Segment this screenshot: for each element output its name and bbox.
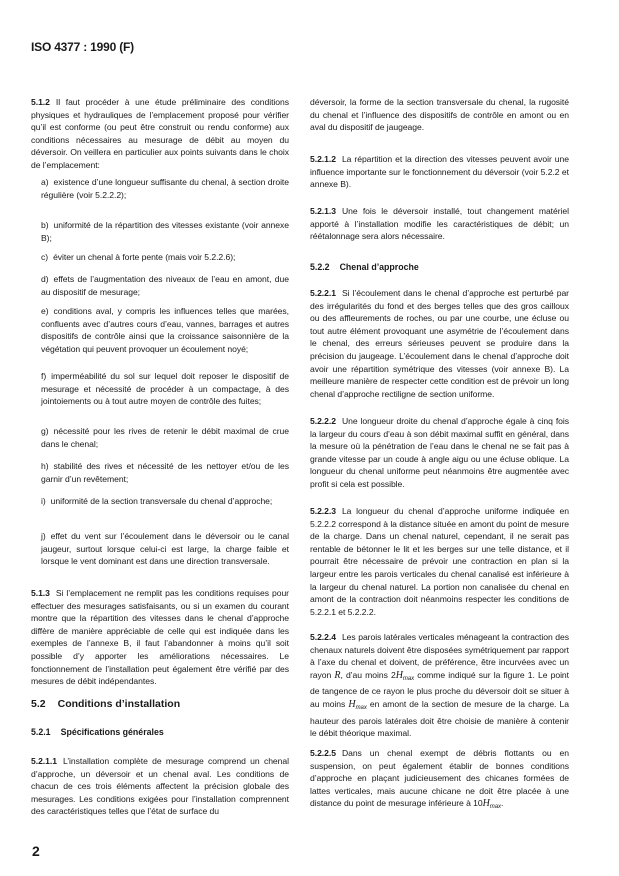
- paragraph-text: Si l’emplacement ne remplit pas les cond…: [31, 588, 289, 686]
- section-number: 5.2.2.2: [310, 416, 336, 426]
- section-number: 5.1.3: [31, 588, 50, 598]
- section-5-2-2-1: 5.2.2.1Si l’écoulement dans le chenal d’…: [310, 287, 569, 400]
- paragraph-text: , d’au moins 2: [340, 670, 395, 680]
- list-label: g): [41, 426, 49, 436]
- list-text: conditions aval, y compris les influence…: [41, 306, 289, 354]
- list-item-e: e)conditions aval, y compris les influen…: [31, 305, 289, 355]
- list-text: uniformité de la répartition des vitesse…: [41, 220, 289, 243]
- list-item-g: g)nécessité pour les rives de retenir le…: [31, 425, 289, 450]
- list-item-i: i)uniformité de la section transversale …: [31, 495, 289, 508]
- section-number: 5.2.1.2: [310, 154, 336, 164]
- list-item-j: j)effet du vent sur l’écoulement dans le…: [31, 530, 289, 568]
- section-5-2-1-2: 5.2.1.2La répartition et la direction de…: [310, 153, 569, 191]
- variable-h: H: [348, 699, 355, 710]
- subscript-max: max: [403, 676, 414, 682]
- section-5-2-1-3: 5.2.1.3Une fois le déversoir installé, t…: [310, 205, 569, 243]
- list-text: éviter un chenal à forte pente (mais voi…: [53, 252, 235, 262]
- list-text: nécessité pour les rives de retenir le d…: [41, 426, 289, 449]
- list-item-b: b)uniformité de la répartition des vites…: [31, 219, 289, 244]
- page-header: ISO 4377 : 1990 (F): [31, 40, 134, 54]
- section-number: 5.2.2.1: [310, 288, 336, 298]
- variable-h: H: [396, 670, 403, 681]
- paragraph-text: Si l’écoulement dans le chenal d’approch…: [310, 288, 569, 399]
- section-5-1-3: 5.1.3Si l’emplacement ne remplit pas les…: [31, 587, 289, 688]
- list-label: b): [41, 220, 49, 230]
- paragraph-text: .: [501, 798, 503, 808]
- list-text: effet du vent sur l’écoulement dans le d…: [41, 531, 289, 566]
- section-number: 5.2.1.1: [31, 756, 57, 766]
- section-number: 5.1.2: [31, 97, 50, 107]
- section-5-2-2-3: 5.2.2.3La longueur du chenal d’approche …: [310, 505, 569, 618]
- list-label: c): [41, 252, 48, 262]
- list-item-c: c)éviter un chenal à forte pente (mais v…: [31, 251, 289, 264]
- variable-h: H: [483, 798, 490, 809]
- section-number: 5.2.1: [31, 727, 51, 737]
- section-number: 5.2: [31, 698, 46, 710]
- list-text: stabilité des rives et nécessité de les …: [41, 461, 289, 484]
- section-number: 5.2.2.5: [310, 748, 336, 758]
- paragraph-text: Une fois le déversoir installé, tout cha…: [310, 206, 569, 241]
- list-label: h): [41, 461, 49, 471]
- section-5-2-2-5: 5.2.2.5Dans un chenal exempt de débris f…: [310, 747, 569, 814]
- section-5-2-2-4: 5.2.2.4Les parois latérales verticales m…: [310, 631, 569, 740]
- list-label: j): [41, 531, 46, 541]
- heading-5-2-1: 5.2.1Spécifications générales: [31, 727, 164, 737]
- section-number: 5.2.2.3: [310, 506, 336, 516]
- list-item-h: h)stabilité des rives et nécessité de le…: [31, 460, 289, 485]
- section-5-2-2-2: 5.2.2.2Une longueur droite du chenal d’a…: [310, 415, 569, 491]
- subscript-max: max: [356, 705, 367, 711]
- section-title: Chenal d’approche: [340, 262, 419, 272]
- list-text: imperméabilité du sol sur lequel doit re…: [41, 371, 289, 406]
- section-5-1-2: 5.1.2Il faut procéder à une étude prélim…: [31, 96, 289, 172]
- paragraph-text: Une longueur droite du chenal d’approche…: [310, 416, 569, 489]
- section-number: 5.2.2: [310, 262, 330, 272]
- section-5-2-1-1: 5.2.1.1L’installation complète de mesura…: [31, 755, 289, 818]
- list-text: uniformité de la section transversale du…: [51, 496, 273, 506]
- list-label: a): [41, 177, 49, 187]
- list-item-a: a)existence d’une longueur suffisante du…: [31, 176, 289, 201]
- list-label: d): [41, 274, 49, 284]
- list-item-d: d)effets de l’augmentation des niveaux d…: [31, 273, 289, 298]
- section-number: 5.2.1.3: [310, 206, 336, 216]
- list-label: e): [41, 306, 49, 316]
- paragraph-text: La répartition et la direction des vites…: [310, 154, 569, 189]
- list-text: existence d’une longueur suffisante du c…: [41, 177, 289, 200]
- paragraph-text: La longueur du chenal d’approche uniform…: [310, 506, 569, 617]
- section-number: 5.2.2.4: [310, 632, 336, 642]
- section-title: Conditions d’installation: [58, 698, 181, 710]
- list-text: effets de l’augmentation des niveaux de …: [41, 274, 289, 297]
- continuation-paragraph: déversoir, la forme de la section transv…: [310, 96, 569, 134]
- list-label: i): [41, 496, 46, 506]
- section-title: Spécifications générales: [61, 727, 164, 737]
- paragraph-text: Il faut procéder à une étude préliminair…: [31, 97, 289, 170]
- paragraph-text: Dans un chenal exempt de débris flottant…: [310, 748, 569, 808]
- page-number: 2: [32, 843, 40, 859]
- paragraph-text: L’installation complète de mesurage comp…: [31, 756, 289, 816]
- heading-5-2-2: 5.2.2Chenal d’approche: [310, 262, 419, 272]
- heading-5-2: 5.2Conditions d’installation: [31, 698, 180, 710]
- subscript-max: max: [490, 804, 501, 810]
- list-label: f): [41, 371, 46, 381]
- list-item-f: f)imperméabilité du sol sur lequel doit …: [31, 370, 289, 408]
